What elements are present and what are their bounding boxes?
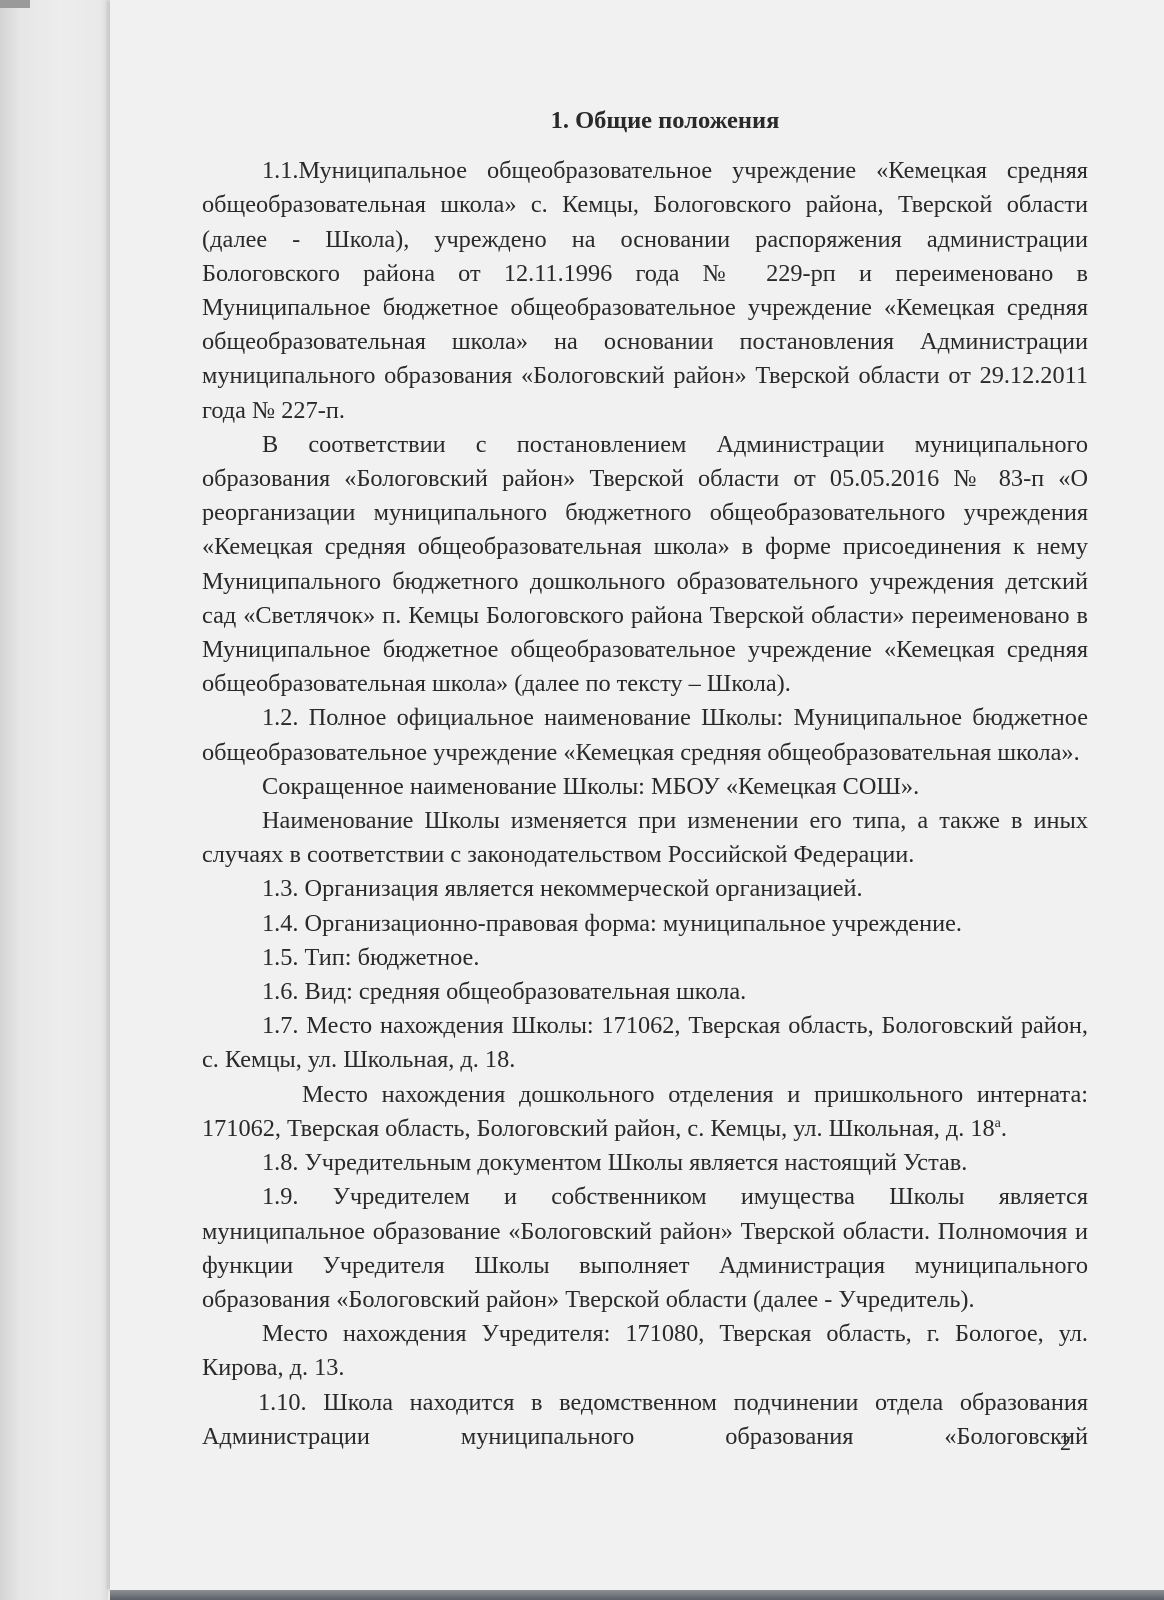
preschool-location-end: . [1001,1115,1007,1142]
paragraph-founder-location: Место нахождения Учредителя: 171080, Тве… [202,1317,1088,1385]
paragraph-1-7: 1.7. Место нахождения Школы: 171062, Тве… [202,1009,1088,1077]
paragraph-1-4: 1.4. Организационно-правовая форма: муни… [202,907,1088,941]
paragraph-short-name: Сокращенное наименование Школы: МБОУ «Ке… [202,770,1088,804]
binding-edge [0,0,108,1600]
paragraph-preschool-location: Место нахождения дошкольного отделения и… [202,1078,1088,1146]
paragraph-1-3: 1.3. Организация является некоммерческой… [202,872,1088,906]
page-number: 2 [1060,1430,1071,1456]
paragraph-1-5: 1.5. Тип: бюджетное. [202,941,1088,975]
section-heading: 1. Общие положения [202,104,1088,138]
document-page: 1. Общие положения 1.1.Муниципальное общ… [110,0,1164,1590]
paragraph-1-10: 1.10. Школа находится в ведомственном по… [202,1386,1088,1454]
page-content: 1. Общие положения 1.1.Муниципальное общ… [202,104,1088,1454]
paragraph-1-1: 1.1.Муниципальное общеобразовательное уч… [202,154,1088,428]
preschool-location-text: Место нахождения дошкольного отделения и… [202,1081,1088,1142]
paragraph-1-8: 1.8. Учредительным документом Школы явля… [202,1146,1088,1180]
scanner-bottom-edge [110,1590,1164,1600]
binding-strip [0,0,30,8]
paragraph-reorganization: В соответствии с постановлением Админист… [202,428,1088,702]
paragraph-1-9: 1.9. Учредителем и собственником имущест… [202,1180,1088,1317]
paragraph-1-2: 1.2. Полное официальное наименование Шко… [202,701,1088,769]
paragraph-1-6: 1.6. Вид: средняя общеобразовательная шк… [202,975,1088,1009]
paragraph-name-change: Наименование Школы изменяется при измене… [202,804,1088,872]
